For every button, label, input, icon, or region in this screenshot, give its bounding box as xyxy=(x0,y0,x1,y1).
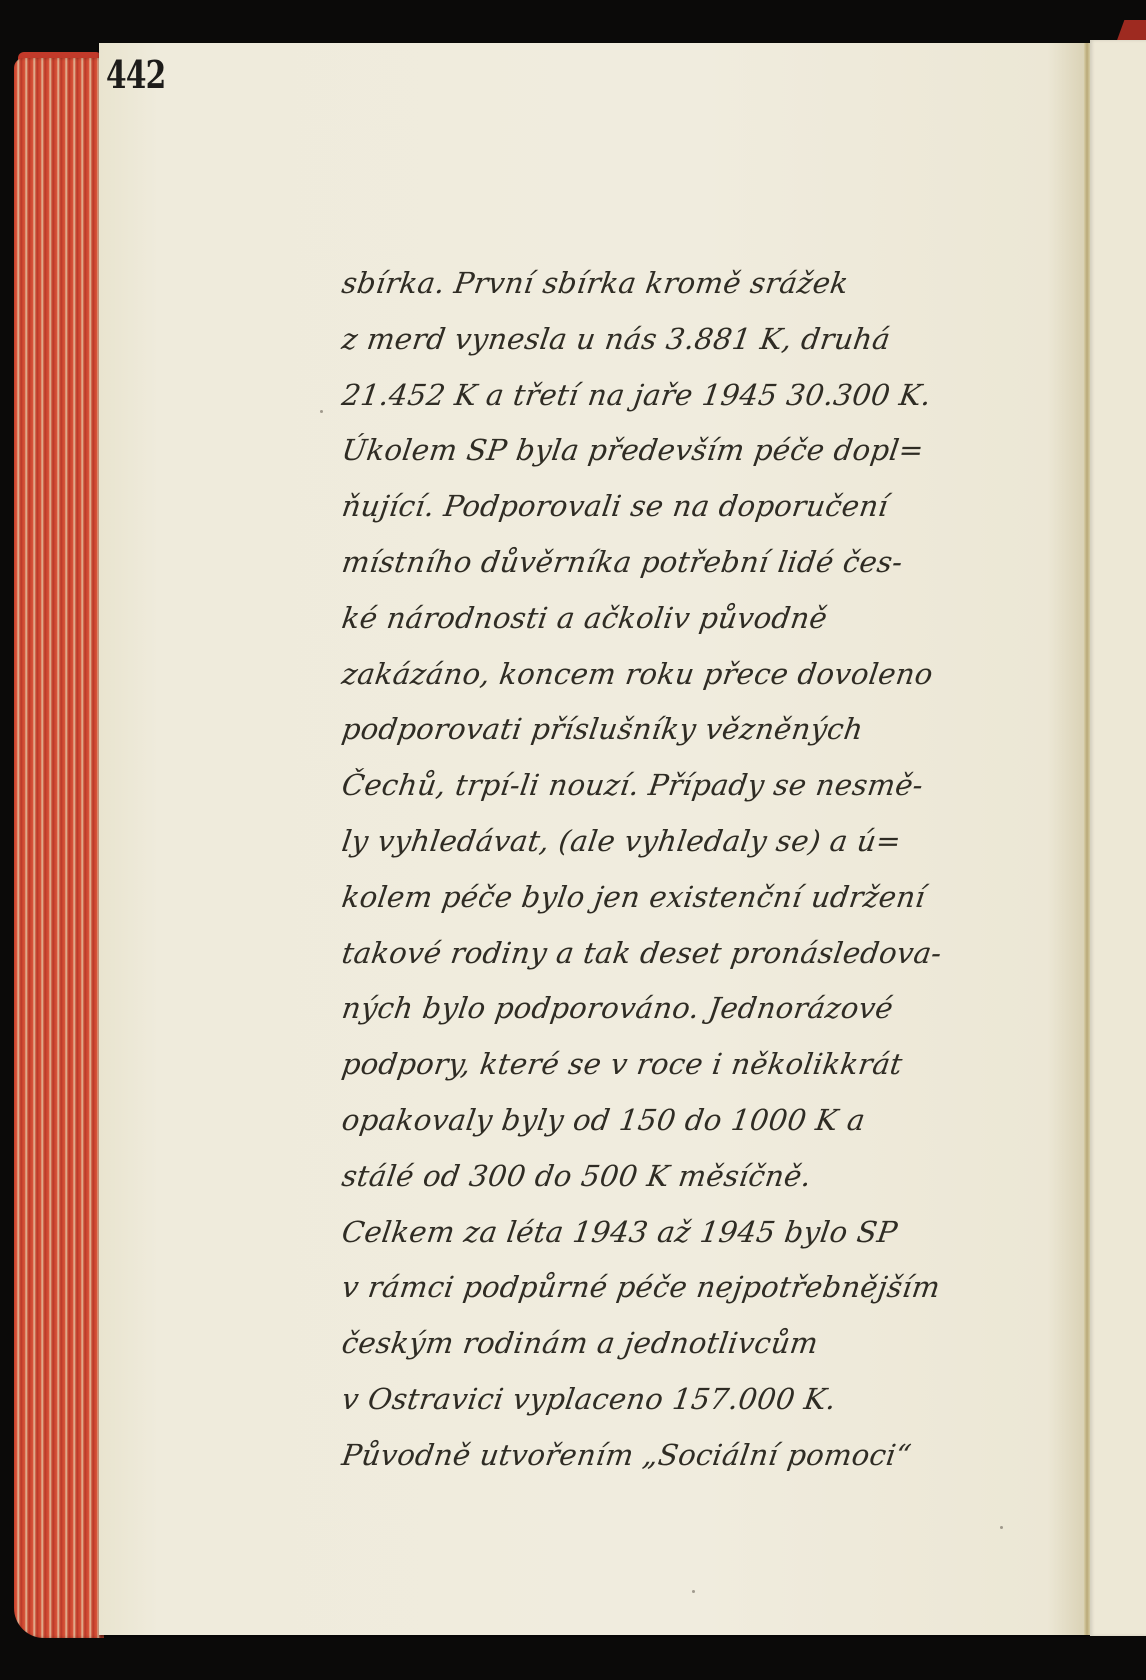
handwritten-text-block: sbírka. První sbírka kromě srážek z merd… xyxy=(342,256,1002,1484)
text-line: podpory, které se v roce i několikkrát xyxy=(338,1037,1006,1093)
text-line: z merd vynesla u nás 3.881 K, druhá xyxy=(338,312,1006,368)
text-line: takové rodiny a tak deset pronásledova- xyxy=(338,926,1006,982)
text-line: Celkem za léta 1943 až 1945 bylo SP xyxy=(338,1205,1006,1261)
facing-page xyxy=(1090,40,1146,1636)
text-line: 21.452 K a třetí na jaře 1945 30.300 K. xyxy=(338,368,1006,424)
text-line: ných bylo podporováno. Jednorázové xyxy=(338,981,1006,1037)
page-number: 442 xyxy=(106,52,166,97)
text-line: podporovati příslušníky vězněných xyxy=(338,702,1006,758)
text-line: stálé od 300 do 500 K měsíčně. xyxy=(338,1149,1006,1205)
text-line: ňující. Podporovali se na doporučení xyxy=(338,479,1006,535)
text-line: ké národnosti a ačkoliv původně xyxy=(338,591,1006,647)
text-line: sbírka. První sbírka kromě srážek xyxy=(338,256,1006,312)
text-line: Čechů, trpí-li nouzí. Případy se nesmě- xyxy=(338,758,1006,814)
paper-speck xyxy=(1000,1526,1003,1529)
text-line: zakázáno, koncem roku přece dovoleno xyxy=(338,647,1006,703)
text-line: v rámci podpůrné péče nejpotřebnějším xyxy=(338,1260,1006,1316)
text-line: Úkolem SP byla především péče dopl= xyxy=(338,423,1006,479)
text-line: místního důvěrníka potřební lidé čes- xyxy=(338,535,1006,591)
text-line: českým rodinám a jednotlivcům xyxy=(338,1316,1006,1372)
paper-speck xyxy=(320,410,323,413)
text-line: ly vyhledávat, (ale vyhledaly se) a ú= xyxy=(338,814,1006,870)
book-page-edges xyxy=(14,58,104,1638)
text-line: v Ostravici vyplaceno 157.000 K. xyxy=(338,1372,1006,1428)
text-line: Původně utvořením „Sociální pomoci“ xyxy=(338,1428,1006,1484)
book-gutter xyxy=(1084,43,1090,1635)
text-line: kolem péče bylo jen existenční udržení xyxy=(338,870,1006,926)
paper-speck xyxy=(692,1590,695,1593)
text-line: opakovaly byly od 150 do 1000 K a xyxy=(338,1093,1006,1149)
